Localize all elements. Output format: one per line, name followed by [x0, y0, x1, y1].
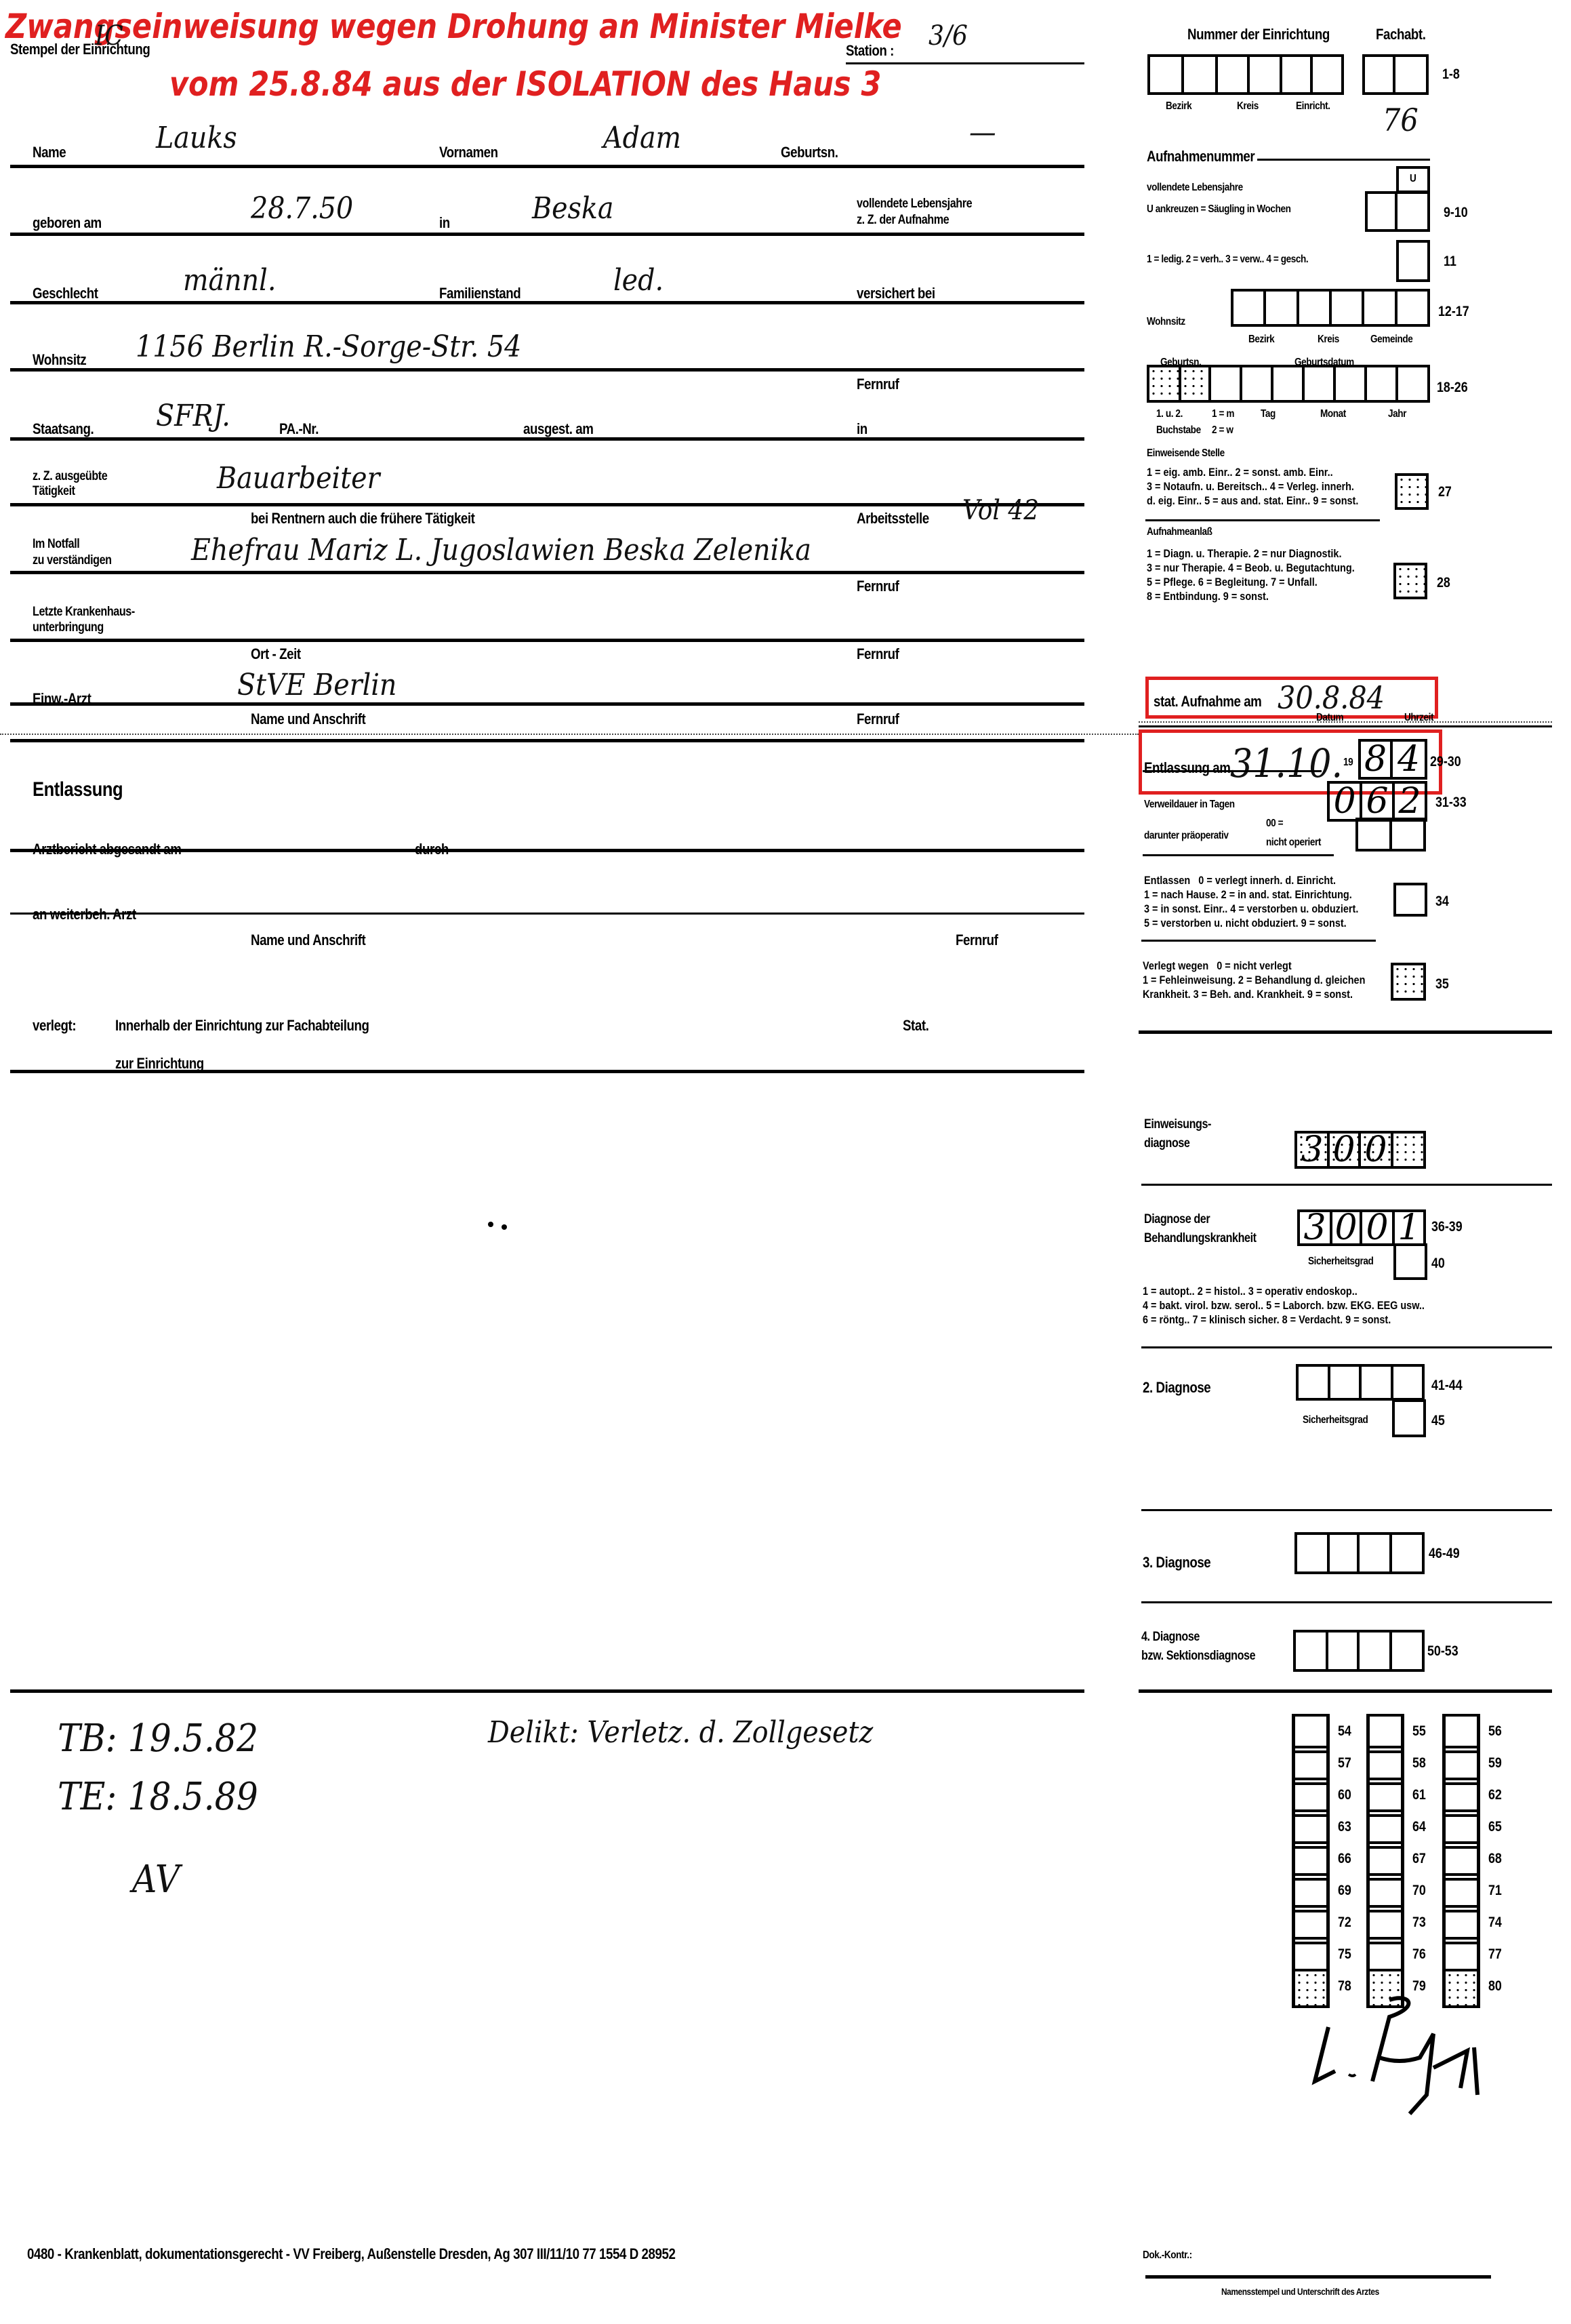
code-box-num: 60: [1338, 1787, 1351, 1803]
entlassung-date[interactable]: 31.10.: [1230, 740, 1343, 786]
aufnahmeanlass-codes: 1 = Diagn. u. Therapie. 2 = nur Diagnost…: [1147, 546, 1355, 603]
sicherheitsgrad-label-1: Sicherheitsgrad: [1308, 1256, 1373, 1268]
einweisende-box[interactable]: [1395, 473, 1429, 510]
kreis-label: Kreis: [1237, 100, 1259, 113]
geburtsort-field[interactable]: Beska: [532, 191, 613, 226]
code-box-num: 63: [1338, 1819, 1351, 1835]
code-box-num: 78: [1338, 1978, 1351, 1995]
col-12-17: 12-17: [1438, 304, 1469, 320]
code-box-num: 75: [1338, 1946, 1351, 1963]
av-note: AV: [132, 1858, 180, 1902]
diagnose-digit-1[interactable]: 3: [1300, 1212, 1332, 1243]
praeoperativ-label: darunter präoperativ: [1144, 830, 1229, 842]
year-prefix: 19: [1343, 757, 1353, 769]
arbeitsstelle-field[interactable]: Vol 42: [962, 495, 1039, 526]
staatsang-label: Staatsang.: [33, 420, 94, 438]
name-anschrift-label-1: Name und Anschrift: [251, 710, 365, 728]
rentner-label: bei Rentnern auch die frühere Tätigkeit: [251, 510, 474, 527]
einweisungsdiagnose-label-2: diagnose: [1144, 1136, 1189, 1151]
code-box-num: 72: [1338, 1915, 1351, 1931]
fernruf-label-3: Fernruf: [857, 645, 899, 663]
fachabt-value: 76: [1383, 102, 1419, 138]
weiterbeh-arzt-label: an weiterbeh. Arzt: [33, 906, 136, 923]
einricht-label: Einricht.: [1296, 100, 1330, 113]
fernruf-label-1: Fernruf: [857, 376, 899, 393]
te-note: TE: 18.5.89: [58, 1775, 258, 1819]
gemeinde-label: Gemeinde: [1370, 334, 1412, 346]
sicherheitsgrad-box-2[interactable]: [1392, 1399, 1426, 1437]
diagnose-digit-2[interactable]: 0: [1332, 1212, 1362, 1243]
familienstand-box[interactable]: [1396, 240, 1430, 282]
entlassung-year-grid[interactable]: 8 4: [1358, 739, 1427, 780]
einweisende-codes: 1 = eig. amb. Einr.. 2 = sonst. amb. Ein…: [1147, 465, 1358, 508]
diagnose2-label: 2. Diagnose: [1143, 1379, 1210, 1397]
datum-label: Datum: [1316, 712, 1343, 724]
code-box-num: 58: [1412, 1755, 1426, 1771]
col-45: 45: [1431, 1413, 1445, 1429]
name-anschrift-label-2: Name und Anschrift: [251, 931, 365, 949]
aufnahmeanlass-box[interactable]: [1393, 563, 1427, 599]
nummer-einrichtung-label: Nummer der Einrichtung: [1187, 26, 1330, 43]
tb-note: TB: 19.5.82: [58, 1717, 258, 1761]
code-box-num: 66: [1338, 1851, 1351, 1867]
aufnahme-date[interactable]: 30.8.84: [1278, 679, 1385, 716]
wohnsitz-kreis-label: Kreis: [1318, 334, 1339, 346]
geschlecht-field[interactable]: männl.: [183, 263, 276, 298]
stempel-arzt-label: Namensstempel und Unterschrift des Arzte…: [1221, 2286, 1379, 2297]
name-field[interactable]: Lauks: [156, 121, 237, 155]
year-digit-1[interactable]: 8: [1361, 742, 1393, 777]
col-36-39: 36-39: [1431, 1219, 1463, 1235]
entlassung-am-label: Entlassung am: [1144, 759, 1230, 777]
lebensjahre-grid[interactable]: [1365, 191, 1430, 232]
diagnose4-label-1: 4. Diagnose: [1141, 1630, 1200, 1645]
verweildauer-digit-2[interactable]: 6: [1362, 784, 1395, 819]
doctor-signature: [1308, 1993, 1538, 2115]
col-50-53: 50-53: [1427, 1643, 1458, 1660]
dok-kontr-label: Dok.-Kontr.:: [1143, 2249, 1192, 2262]
versichert-label: versichert bei: [857, 285, 935, 302]
col-28: 28: [1437, 575, 1450, 591]
entlassen-label: Entlassen: [1144, 874, 1190, 887]
einweisung-digit-3[interactable]: 0: [1361, 1134, 1393, 1166]
col-31-33: 31-33: [1435, 795, 1467, 811]
code-box-num: 70: [1412, 1883, 1426, 1899]
fachabt-label: Fachabt.: [1376, 26, 1425, 43]
station-label: Station :: [846, 42, 894, 60]
buchstabe-label-2: Buchstabe: [1156, 424, 1201, 437]
ort-zeit-label: Ort - Zeit: [251, 645, 301, 663]
verweildauer-digit-3[interactable]: 2: [1395, 784, 1425, 819]
praeoperativ-grid[interactable]: [1355, 818, 1426, 852]
col-41-44: 41-44: [1431, 1378, 1463, 1394]
code-box-num: 62: [1488, 1787, 1502, 1803]
wohnsitz-bezirk-label: Bezirk: [1248, 334, 1274, 346]
notfall-field[interactable]: Ehefrau Mariz L. Jugoslawien Beska Zelen…: [191, 533, 811, 567]
taetigkeit-label-1: z. Z. ausgeübte: [33, 469, 107, 484]
notfall-label-1: Im Notfall: [33, 537, 79, 552]
nicht-operiert-2: nicht operiert: [1266, 837, 1321, 849]
arbeitsstelle-label: Arbeitsstelle: [857, 510, 929, 527]
col-46-49: 46-49: [1429, 1546, 1460, 1562]
code-box-num: 61: [1412, 1787, 1426, 1803]
code-box-num: 67: [1412, 1851, 1426, 1867]
pa-nr-label: PA.-Nr.: [279, 420, 319, 438]
verlegt-codes: Verlegt wegen 0 = nicht verlegt 1 = Fehl…: [1143, 959, 1365, 1001]
wohnsitz-field[interactable]: 1156 Berlin R.-Sorge-Str. 54: [136, 329, 521, 364]
diagnose4-grid[interactable]: [1293, 1630, 1425, 1672]
form-footer: 0480 - Krankenblatt, dokumentationsgerec…: [27, 2245, 675, 2263]
stamp-label: Stempel der Einrichtung: [10, 41, 150, 58]
fachabt-grid[interactable]: [1362, 54, 1429, 95]
code-box-num: 69: [1338, 1883, 1351, 1899]
sex-code-2: 2 = w: [1212, 424, 1233, 437]
taetigkeit-label-2: Tätigkeit: [33, 484, 75, 499]
col-34: 34: [1435, 894, 1449, 910]
einw-arzt-field[interactable]: StVE Berlin: [237, 668, 396, 702]
sex-code-1: 1 = m: [1212, 408, 1234, 420]
col-35: 35: [1435, 976, 1449, 993]
familienstand-label: Familienstand: [439, 285, 521, 302]
code-box-num: 68: [1488, 1851, 1502, 1867]
aufnahmenummer-label: Aufnahmenummer: [1147, 148, 1254, 165]
sicherheitsgrad-label-2: Sicherheitsgrad: [1303, 1414, 1368, 1426]
col-11: 11: [1444, 254, 1456, 270]
buchstabe-label-1: 1. u. 2.: [1156, 408, 1183, 420]
verweildauer-digit-1[interactable]: 0: [1330, 784, 1362, 819]
jahr-label: Jahr: [1388, 408, 1406, 420]
bezirk-label: Bezirk: [1166, 100, 1191, 113]
aufnahmeanlass-label: Aufnahmeanlaß: [1147, 526, 1212, 538]
einweisende-label: Einweisende Stelle: [1147, 447, 1225, 460]
sicherheitsgrad-box-1[interactable]: [1393, 1243, 1427, 1280]
einweisung-digit-2[interactable]: 0: [1330, 1134, 1361, 1166]
name-label: Name: [33, 144, 66, 161]
entlassen-box[interactable]: [1393, 883, 1427, 917]
col-40: 40: [1431, 1256, 1445, 1272]
verlegt-wegen-label: Verlegt wegen: [1143, 959, 1208, 972]
monat-label: Monat: [1320, 408, 1346, 420]
letzte-label-2: unterbringung: [33, 620, 104, 635]
ausgest-in-label: in: [857, 420, 868, 438]
diagnose-grid[interactable]: 3 0 0 1: [1297, 1209, 1426, 1246]
einweisungsdiagnose-grid[interactable]: 3 0 0: [1294, 1131, 1426, 1169]
wohnsitz-right-label: Wohnsitz: [1147, 316, 1185, 328]
einweisung-digit-1[interactable]: 3: [1297, 1134, 1330, 1166]
letzte-label-1: Letzte Krankenhaus-: [33, 605, 135, 620]
geschlecht-label: Geschlecht: [33, 285, 98, 302]
diagnose-digit-4[interactable]: 1: [1395, 1212, 1423, 1243]
verweildauer-label: Verweildauer in Tagen: [1144, 799, 1235, 811]
code-box-num: 73: [1412, 1915, 1426, 1931]
verweildauer-grid[interactable]: 0 6 2: [1327, 781, 1427, 822]
ausgest-label: ausgest. am: [523, 420, 593, 438]
code-box-num: 76: [1412, 1946, 1426, 1963]
annotation-line-2: vom 25.8.84 aus der ISOLATION des Haus 3: [169, 64, 881, 104]
diagnose-der-label-1: Diagnose der: [1144, 1212, 1210, 1227]
nicht-operiert-1: 00 =: [1266, 818, 1283, 830]
entlassung-title: Entlassung: [33, 778, 123, 801]
code-box-num: 64: [1412, 1819, 1426, 1835]
notfall-label-2: zu verständigen: [33, 553, 112, 568]
delikt-note: Delikt: Verletz. d. Zollgesetz: [488, 1715, 873, 1750]
fernruf-label-4: Fernruf: [857, 710, 899, 728]
geburtsdatum-grid[interactable]: [1147, 365, 1430, 403]
code-box-num: 55: [1412, 1723, 1426, 1740]
diagnose3-grid[interactable]: [1294, 1532, 1425, 1574]
code-box-num: 56: [1488, 1723, 1502, 1740]
col-1-8: 1-8: [1442, 66, 1460, 83]
verlegt-box[interactable]: [1391, 963, 1426, 1001]
einweisungsdiagnose-label-1: Einweisungs-: [1144, 1117, 1211, 1132]
vornamen-field[interactable]: Adam: [603, 121, 681, 155]
code-box-num: 79: [1412, 1978, 1426, 1995]
code-box-num: 74: [1488, 1915, 1502, 1931]
geburtsort-label: in: [439, 214, 450, 232]
col-27: 27: [1438, 484, 1452, 500]
geburtsn-field[interactable]: —: [969, 115, 996, 150]
col-18-26: 18-26: [1437, 380, 1468, 396]
entlassen-codes: Entlassen 0 = verlegt innerh. d. Einrich…: [1144, 873, 1358, 930]
geboren-field[interactable]: 28.7.50: [251, 191, 353, 226]
tag-label: Tag: [1261, 408, 1276, 420]
verlegt-label: verlegt:: [33, 1017, 76, 1035]
lebensjahre-right-1: vollendete Lebensjahre: [1147, 182, 1243, 194]
geburtsn-label: Geburtsn.: [781, 144, 838, 161]
col-29-30: 29-30: [1430, 754, 1461, 770]
code-box-num: 54: [1338, 1723, 1351, 1740]
code-box-num: 71: [1488, 1883, 1502, 1899]
lebensjahre-label-2: z. Z. der Aufnahme: [857, 213, 949, 228]
year-digit-2[interactable]: 4: [1393, 742, 1425, 777]
innerhalb-label: Innerhalb der Einrichtung zur Fachabteil…: [115, 1017, 369, 1035]
lebensjahre-right-2: U ankreuzen = Säugling in Wochen: [1147, 203, 1290, 216]
aufnahme-label: stat. Aufnahme am: [1154, 693, 1261, 710]
u-checkbox[interactable]: U: [1396, 166, 1430, 193]
diagnose4-label-2: bzw. Sektionsdiagnose: [1141, 1649, 1255, 1664]
col-9-10: 9-10: [1444, 205, 1468, 221]
wohnsitz-label: Wohnsitz: [33, 351, 86, 369]
wohnsitz-grid[interactable]: [1231, 289, 1430, 327]
station-value: 3/6: [929, 20, 968, 52]
uhrzeit-label: Uhrzeit: [1404, 712, 1433, 724]
diagnose-der-label-2: Behandlungskrankheit: [1144, 1231, 1257, 1246]
familienstand-codes: 1 = ledig. 2 = verh.. 3 = verw.. 4 = ges…: [1147, 254, 1308, 266]
stat-label: Stat.: [903, 1017, 929, 1035]
stamp-value: IC: [95, 20, 123, 52]
code-box-num: 77: [1488, 1946, 1502, 1963]
code-box-num: 65: [1488, 1819, 1502, 1835]
diagnose3-label: 3. Diagnose: [1143, 1554, 1210, 1571]
lebensjahre-label-1: vollendete Lebensjahre: [857, 197, 972, 212]
taetigkeit-field[interactable]: Bauarbeiter: [217, 461, 380, 496]
familienstand-field[interactable]: led.: [613, 263, 664, 298]
diagnose2-grid[interactable]: [1296, 1364, 1425, 1401]
sicherheit-codes: 1 = autopt.. 2 = histol.. 3 = operativ e…: [1143, 1284, 1425, 1327]
fernruf-label-5: Fernruf: [956, 931, 998, 949]
diagnose-digit-3[interactable]: 0: [1362, 1212, 1395, 1243]
u-label: U: [1410, 173, 1416, 185]
code-box-num: 57: [1338, 1755, 1351, 1771]
code-box-num: 59: [1488, 1755, 1502, 1771]
staatsang-field[interactable]: SFRJ.: [156, 399, 230, 433]
geboren-label: geboren am: [33, 214, 102, 232]
einrichtung-number-grid[interactable]: [1147, 54, 1344, 95]
vornamen-label: Vornamen: [439, 144, 498, 161]
code-box-num: 80: [1488, 1978, 1502, 1995]
fernruf-label-2: Fernruf: [857, 578, 899, 595]
